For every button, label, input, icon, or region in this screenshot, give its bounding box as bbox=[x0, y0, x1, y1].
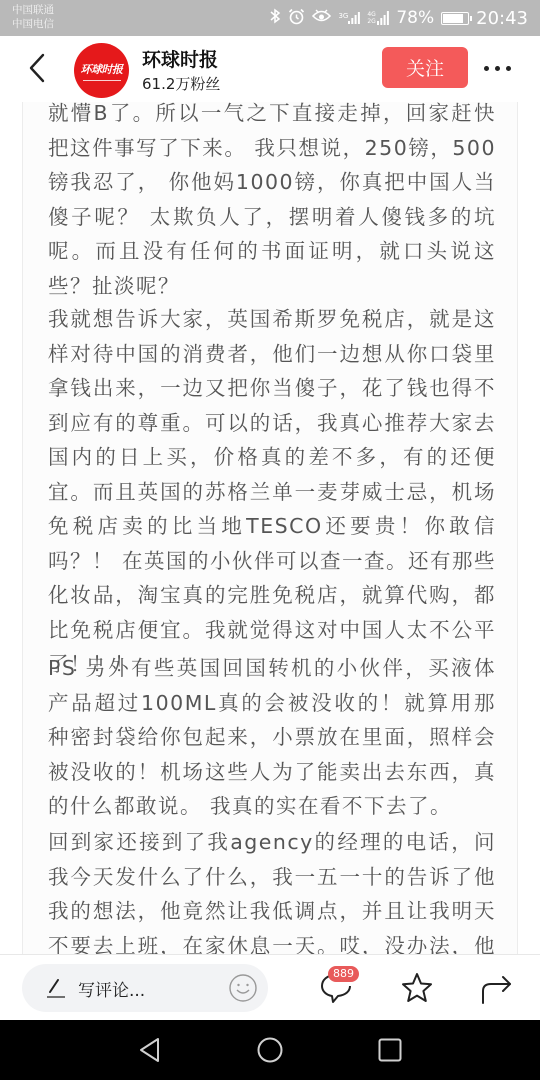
nav-recents-button[interactable] bbox=[376, 1036, 404, 1064]
star-icon bbox=[400, 971, 434, 1005]
bottom-action-bar: 写评论... 889 bbox=[0, 954, 540, 1020]
nav-back-button[interactable] bbox=[136, 1036, 164, 1064]
back-triangle-icon bbox=[136, 1036, 164, 1064]
comment-count-badge: 889 bbox=[328, 966, 359, 982]
follow-button[interactable]: 关注 bbox=[382, 47, 468, 88]
comment-placeholder: 写评论... bbox=[78, 976, 145, 1001]
battery-icon bbox=[441, 12, 469, 25]
eye-comfort-icon bbox=[312, 8, 331, 28]
more-button[interactable] bbox=[484, 58, 520, 78]
chevron-left-icon bbox=[24, 50, 52, 86]
home-circle-icon bbox=[256, 1036, 284, 1064]
article-paragraph: 回到家还接到了我agency的经理的电话，问我今天发什么了什么，我一五一十的告诉… bbox=[48, 825, 496, 954]
comment-input[interactable]: 写评论... bbox=[22, 964, 268, 1012]
share-button[interactable] bbox=[479, 973, 515, 1005]
back-button[interactable] bbox=[24, 50, 52, 86]
share-icon bbox=[479, 973, 515, 1005]
signal-3g-icon: 3G bbox=[338, 12, 360, 24]
battery-percent: 78% bbox=[396, 8, 434, 28]
article-paragraph: PS 另外有些英国回国转机的小伙伴，买液体产品超过100ML真的会被没收的！就算… bbox=[48, 651, 496, 824]
publisher-name[interactable]: 环球时报 bbox=[142, 45, 218, 72]
clock: 20:43 bbox=[476, 8, 528, 29]
status-icons: 3G 4G 2G 78% 20:43 bbox=[269, 6, 528, 30]
more-dot-icon bbox=[495, 66, 500, 71]
article-paragraph: 我就想告诉大家，英国希斯罗免税店，就是这样对待中国的消费者，他们一边想从你口袋里… bbox=[48, 302, 496, 682]
carrier-1: 中国联通 bbox=[12, 3, 54, 17]
recents-square-icon bbox=[376, 1036, 404, 1064]
pen-icon bbox=[46, 977, 66, 999]
alarm-icon bbox=[288, 8, 305, 29]
article-header: 环球时报 环球时报 61.2万粉丝 关注 bbox=[0, 36, 540, 102]
avatar-logo-rule bbox=[83, 80, 121, 81]
article-paragraph: 就懵B了。所以一气之下直接走掉，回家赶快把这件事写了下来。 我只想说，250镑，… bbox=[48, 102, 496, 303]
article-body[interactable]: 就懵B了。所以一气之下直接走掉，回家赶快把这件事写了下来。 我只想说，250镑，… bbox=[0, 102, 540, 954]
publisher-avatar[interactable]: 环球时报 bbox=[74, 43, 129, 98]
more-dot-icon bbox=[484, 66, 489, 71]
follower-count: 61.2万粉丝 bbox=[142, 73, 220, 94]
avatar-logo-text: 环球时报 bbox=[81, 61, 123, 77]
nav-home-button[interactable] bbox=[256, 1036, 284, 1064]
system-nav-bar bbox=[0, 1020, 540, 1080]
signal-4g-2g-icon: 4G 2G bbox=[367, 11, 389, 25]
carrier-2: 中国电信 bbox=[12, 17, 54, 31]
emoji-icon[interactable] bbox=[228, 973, 258, 1003]
favorite-button[interactable] bbox=[400, 971, 434, 1005]
bluetooth-icon bbox=[269, 8, 281, 28]
carrier-info: 中国联通 中国电信 bbox=[12, 3, 54, 31]
status-bar: 中国联通 中国电信 3G 4G 2G 78% 20:43 bbox=[0, 0, 540, 36]
more-dot-icon bbox=[506, 66, 511, 71]
